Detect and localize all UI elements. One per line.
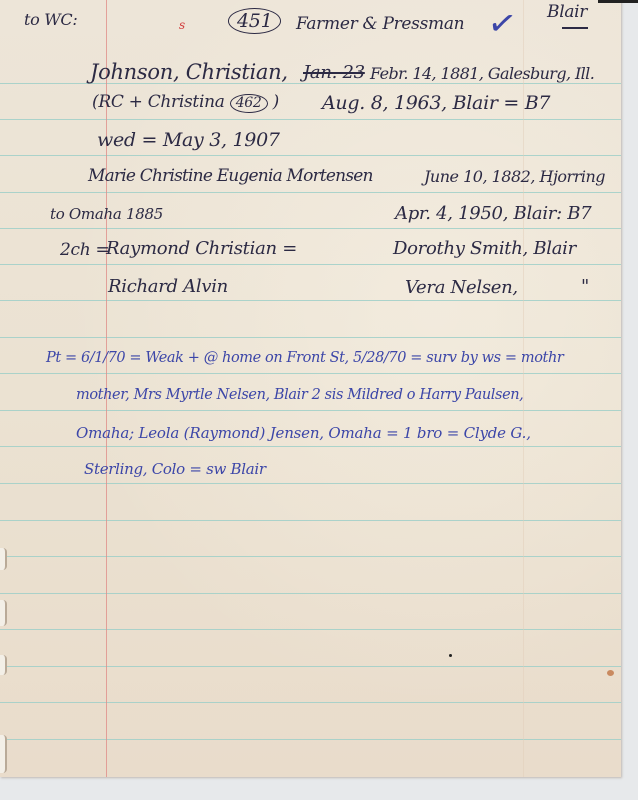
corner-note: to WC:: [24, 10, 77, 29]
obituary-note-line: mother, Mrs Myrtle Nelsen, Blair 2 sis M…: [76, 387, 523, 403]
perforation-hole: [0, 600, 7, 626]
subject-death: Aug. 8, 1963, Blair = B7: [322, 92, 550, 114]
rule-line: [0, 410, 621, 411]
record-number: 451: [228, 8, 281, 34]
rule-line: [0, 556, 621, 557]
ink-speck: [449, 654, 452, 657]
occupation: Farmer & Pressman: [296, 14, 464, 34]
obituary-note-line: Omaha; Leola (Raymond) Jensen, Omaha = 1…: [76, 424, 531, 442]
ditto-mark: ": [581, 276, 589, 297]
rule-line: [0, 119, 621, 120]
spouse-death: Apr. 4, 1950, Blair: B7: [395, 203, 591, 224]
rule-line: [0, 192, 621, 193]
child-spouse: Dorothy Smith, Blair: [393, 238, 576, 259]
record-number-circle: 451: [228, 8, 281, 34]
rule-line: [0, 702, 621, 703]
spouse-name: Marie Christine Eugenia Mortensen: [88, 166, 373, 186]
struck-date: Jan. 23: [303, 62, 365, 83]
check-mark-icon: ✓: [485, 2, 520, 46]
rule-line: [0, 373, 621, 374]
perforation-hole: [0, 655, 7, 675]
location-underline: [562, 27, 588, 29]
parents-line: (RC + Christina 462 ): [92, 92, 279, 113]
rule-line: [0, 446, 621, 447]
location-label: Blair: [547, 2, 587, 22]
subject-birth: Febr. 14, 1881, Galesburg, Ill.: [370, 64, 594, 83]
children-label: 2ch =: [60, 240, 109, 260]
child-name: Raymond Christian =: [106, 238, 297, 259]
rule-line: [0, 739, 621, 740]
rule-line: [0, 666, 621, 667]
rule-line: [0, 593, 621, 594]
obituary-note-line: Sterling, Colo = sw Blair: [84, 460, 266, 478]
parents-suffix: ): [273, 92, 279, 112]
spouse-immigration: to Omaha 1885: [50, 205, 163, 223]
rule-line: [0, 228, 621, 229]
obituary-note-line: Pt = 6/1/70 = Weak + @ home on Front St,…: [46, 350, 563, 366]
rule-line: [0, 629, 621, 630]
rule-line: [0, 155, 621, 156]
scan-edge: [598, 0, 638, 3]
parents-prefix: (RC + Christina: [92, 92, 225, 112]
red-mark: s: [179, 18, 185, 32]
child-name: Richard Alvin: [108, 276, 228, 297]
notebook-page: to WC: s 451 Farmer & Pressman ✓ Blair J…: [0, 0, 621, 777]
rule-line: [0, 300, 621, 301]
stain-speck: [607, 670, 614, 676]
subject-name: Johnson, Christian,: [90, 60, 288, 84]
rule-line: [0, 264, 621, 265]
child-spouse: Vera Nelsen,: [405, 277, 518, 298]
rule-line: [0, 520, 621, 521]
spouse-birth: June 10, 1882, Hjorring: [424, 167, 605, 186]
rule-line: [0, 483, 621, 484]
parents-ref-circle: 462: [230, 94, 268, 113]
perforation-hole: [0, 735, 7, 773]
perforation-hole: [0, 548, 7, 570]
rule-line: [0, 337, 621, 338]
wedding-date: wed = May 3, 1907: [97, 129, 280, 151]
